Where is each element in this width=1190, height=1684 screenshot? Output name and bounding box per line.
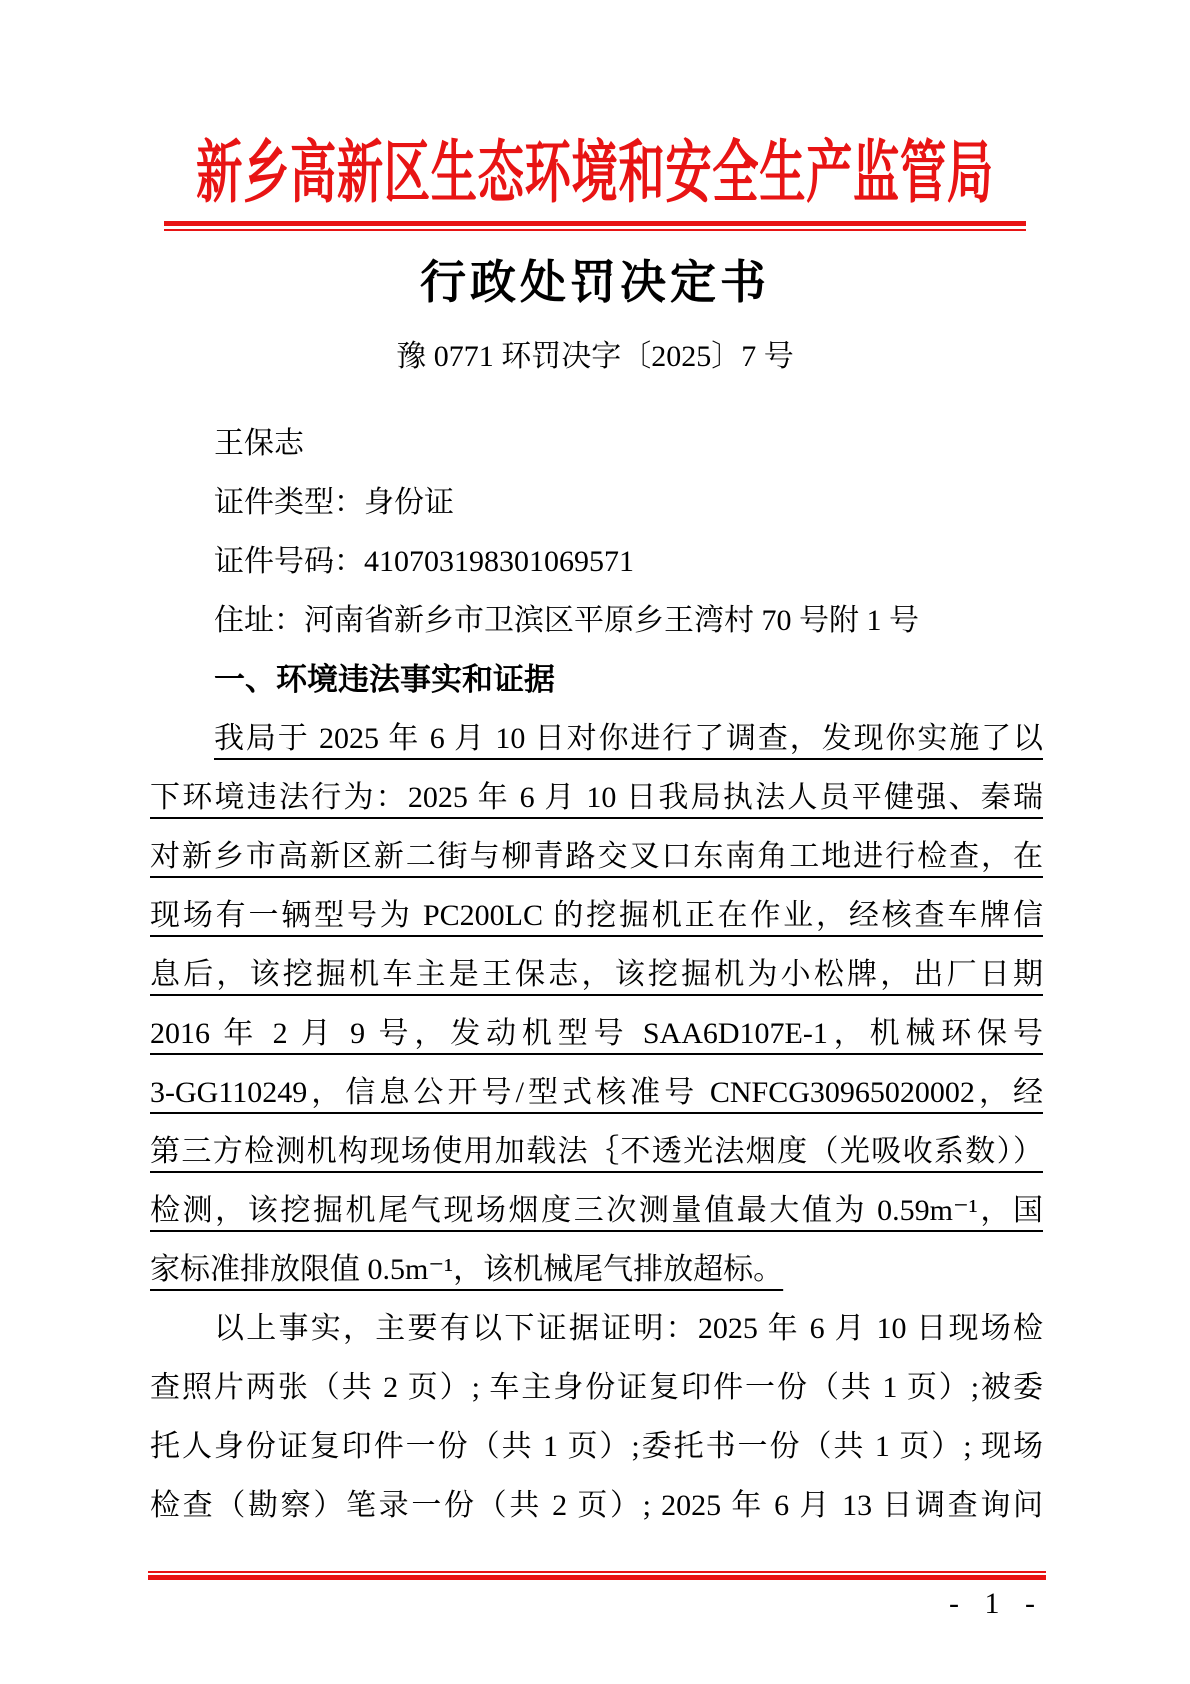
letterhead-divider-thin-line bbox=[164, 229, 1026, 231]
facts-line-text: 下环境违法行为：2025 年 6 月 10 日我局执法人员平健强、秦瑞 bbox=[150, 781, 1043, 814]
facts-line-text: 息后，该挖掘机车主是王保志，该挖掘机为小松牌，出厂日期 bbox=[150, 958, 1043, 991]
facts-line: 现场有一辆型号为 PC200LC 的挖掘机正在作业，经核查车牌信 bbox=[150, 886, 1043, 945]
facts-line-text: 现场有一辆型号为 PC200LC 的挖掘机正在作业，经核查车牌信 bbox=[150, 899, 1043, 932]
facts-line: 2016 年 2 月 9 号，发动机型号 SAA6D107E-1，机械环保号 bbox=[150, 1004, 1043, 1063]
facts-line: 我局于 2025 年 6 月 10 日对你进行了调查，发现你实施了以 bbox=[150, 709, 1043, 768]
facts-line: 3-GG110249，信息公开号/型式核准号 CNFCG30965020002，… bbox=[150, 1063, 1043, 1122]
facts-line-text: 对新乡市高新区新二街与柳青路交叉口东南角工地进行检查，在 bbox=[150, 840, 1043, 873]
facts-line-text: 检测，该挖掘机尾气现场烟度三次测量值最大值为 0.59m⁻¹，国 bbox=[150, 1194, 1043, 1227]
evidence-line: 托人身份证复印件一份（共 1 页）;委托书一份（共 1 页）; 现场 bbox=[150, 1417, 1043, 1476]
facts-line: 检测，该挖掘机尾气现场烟度三次测量值最大值为 0.59m⁻¹，国 bbox=[150, 1181, 1043, 1240]
facts-line-text: 2016 年 2 月 9 号，发动机型号 SAA6D107E-1，机械环保号 bbox=[150, 1017, 1043, 1050]
document-body: 王保志 证件类型：身份证 证件号码：410703198301069571 住址：… bbox=[150, 414, 1043, 1535]
facts-line-text: 第三方检测机构现场使用加载法｛不透光法烟度（光吸收系数）） bbox=[150, 1135, 1043, 1168]
letterhead-divider bbox=[164, 221, 1026, 231]
document-number: 豫 0771 环罚决字〔2025〕7 号 bbox=[0, 338, 1190, 376]
page-number: - 1 - bbox=[949, 1584, 1044, 1624]
recipient-id-type: 证件类型：身份证 bbox=[150, 473, 1043, 532]
penalty-decision-page: 新乡高新区生态环境和安全生产监管局 行政处罚决定书 豫 0771 环罚决字〔20… bbox=[0, 0, 1190, 1684]
facts-line: 第三方检测机构现场使用加载法｛不透光法烟度（光吸收系数）） bbox=[150, 1122, 1043, 1181]
facts-line-text: 3-GG110249，信息公开号/型式核准号 CNFCG30965020002，… bbox=[150, 1076, 1043, 1109]
section-one-heading: 一、环境违法事实和证据 bbox=[150, 650, 1043, 709]
facts-line-text: 家标准排放限值 0.5m⁻¹，该机械尾气排放超标。 bbox=[150, 1253, 783, 1286]
facts-line: 对新乡市高新区新二街与柳青路交叉口东南角工地进行检查，在 bbox=[150, 827, 1043, 886]
recipient-address: 住址：河南省新乡市卫滨区平原乡王湾村 70 号附 1 号 bbox=[150, 591, 1043, 650]
evidence-line: 查照片两张（共 2 页）; 车主身份证复印件一份（共 1 页）;被委 bbox=[150, 1358, 1043, 1417]
facts-line: 息后，该挖掘机车主是王保志，该挖掘机为小松牌，出厂日期 bbox=[150, 945, 1043, 1004]
recipient-id-number: 证件号码：410703198301069571 bbox=[150, 532, 1043, 591]
facts-line-text: 我局于 2025 年 6 月 10 日对你进行了调查，发现你实施了以 bbox=[214, 722, 1043, 755]
evidence-line: 检查（勘察）笔录一份（共 2 页）; 2025 年 6 月 13 日调查询问 bbox=[150, 1476, 1043, 1535]
recipient-name: 王保志 bbox=[150, 414, 1043, 473]
evidence-line: 以上事实，主要有以下证据证明：2025 年 6 月 10 日现场检 bbox=[150, 1299, 1043, 1358]
facts-line: 家标准排放限值 0.5m⁻¹，该机械尾气排放超标。 bbox=[150, 1240, 1043, 1299]
document-title: 行政处罚决定书 bbox=[0, 256, 1190, 310]
agency-header-title: 新乡高新区生态环境和安全生产监管局 bbox=[190, 126, 999, 220]
footer-divider-thick-line bbox=[148, 1575, 1046, 1580]
facts-line: 下环境违法行为：2025 年 6 月 10 日我局执法人员平健强、秦瑞 bbox=[150, 768, 1043, 827]
footer-divider bbox=[148, 1571, 1046, 1580]
